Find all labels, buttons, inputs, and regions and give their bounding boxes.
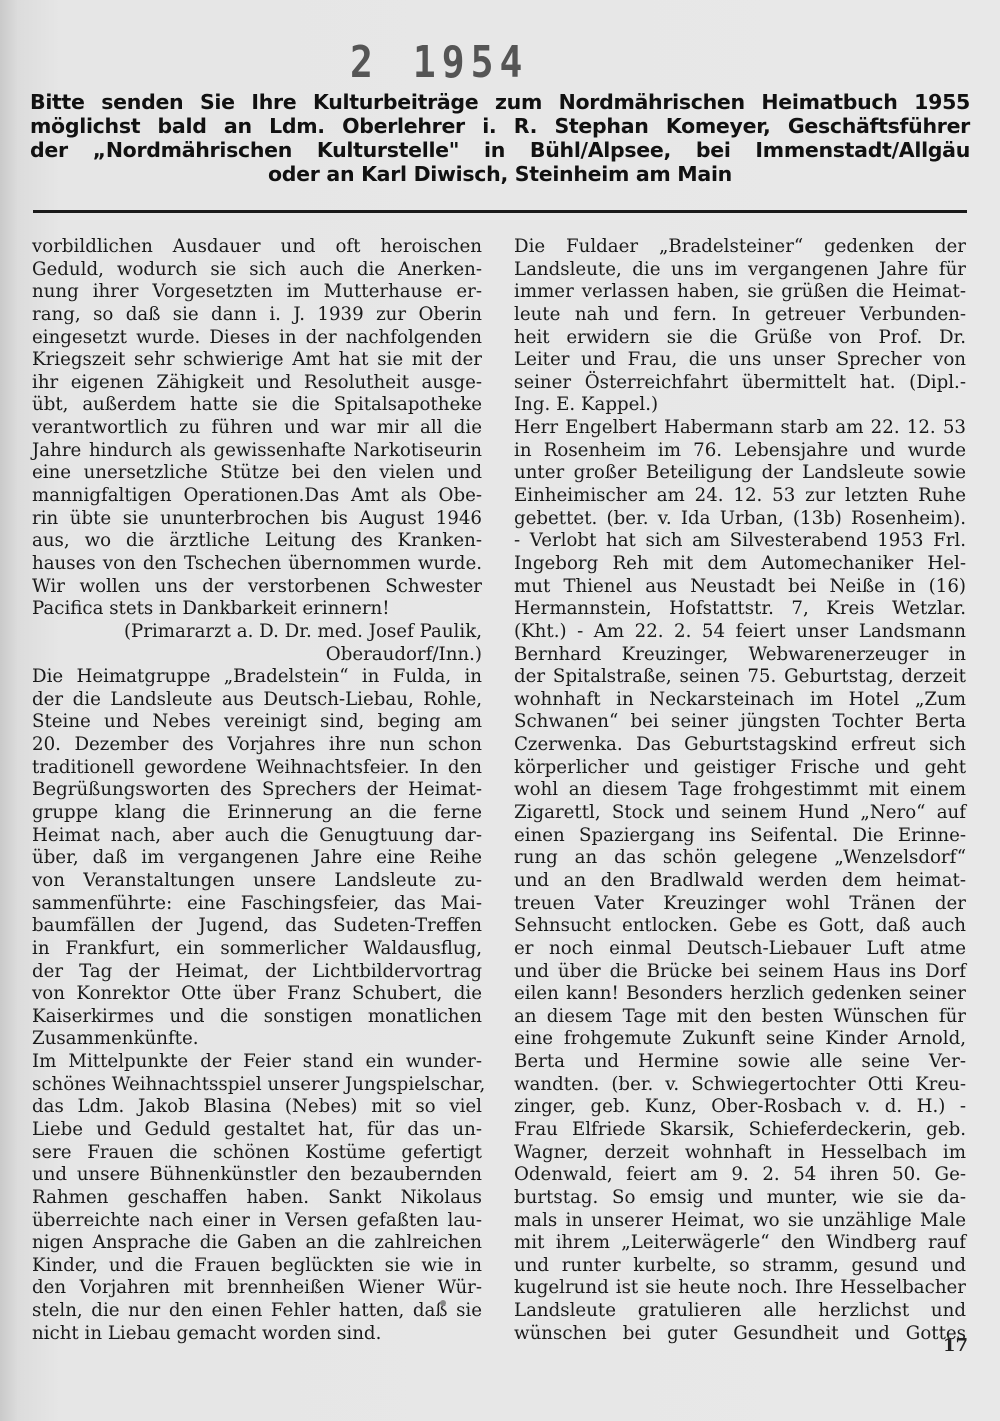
text-line: Ing. E. Kappel.) [514,394,966,417]
text-line: Ingeborg Reh mit dem Automechaniker Hel- [514,553,966,576]
left-column: vorbildlichen Ausdauer und oft heroische… [32,236,482,1345]
text-line: von Konrektor Otte über Franz Schubert, … [32,983,482,1006]
text-line: eingesetzt wurde. Dieses in der nachfolg… [32,327,482,350]
text-line: eine frohgemute Zukunft seine Kinder Arn… [514,1028,966,1051]
text-line: Kaiserkirmes und die sonstigen monatlich… [32,1006,482,1029]
text-line: Oberaudorf/Inn.) [32,644,482,667]
issue-number: 2 [350,37,379,88]
text-line: Wir wollen uns der verstorbenen Schweste… [32,576,482,599]
text-line: Kinder, und die Frauen beglückten sie wi… [32,1255,482,1278]
text-line: Leiter und Frau, die uns unser Sprecher … [514,349,966,372]
text-line: zinger, geb. Kunz, Ober-Rosbach v. d. H.… [514,1096,966,1119]
text-line: Begrüßungsworten des Sprechers der Heima… [32,779,482,802]
text-line: und unsere Bühnenkünstler den bezaubernd… [32,1164,482,1187]
text-line: rung an das schön gelegene „Wenzelsdorf“ [514,847,966,870]
text-line: aus, wo die ärztliche Leitung des Kranke… [32,530,482,553]
text-line: in Frankfurt, ein sommerlicher Waldausfl… [32,938,482,961]
text-line: in Rosenheim im 76. Lebensjahre und wurd… [514,440,966,463]
text-line: Die Heimatgruppe „Bradelstein“ in Fulda,… [32,666,482,689]
text-line: Geduld, wodurch sie sich auch die Anerke… [32,259,482,282]
text-line: das Ldm. Jakob Blasina (Nebes) mit so vi… [32,1096,482,1119]
text-line: sere Frauen die schönen Kostüme gefertig… [32,1142,482,1165]
text-line: leute nah und fern. In getreuer Verbunde… [514,304,966,327]
text-line: 20. Dezember des Vorjahres ihre nun scho… [32,734,482,757]
text-line: rang, so daß sie dann i. J. 1939 zur Obe… [32,304,482,327]
right-column: Die Fuldaer „Bradelsteiner“ gedenken der… [514,236,966,1345]
text-line: und über die Brücke bei seinem Haus ins … [514,961,966,984]
text-line: der Spitalstraße, seinen 75. Geburtstag,… [514,666,966,689]
issue-stamp: 21954 [350,37,528,88]
text-line: unter großer Beteiligung der Landsleute … [514,462,966,485]
text-line: Steine und Nebes vereinigt sind, beging … [32,711,482,734]
print-speck [440,1300,446,1306]
text-line: verantwortlich zu führen und war mir all… [32,417,482,440]
text-line: vorbildlichen Ausdauer und oft heroische… [32,236,482,259]
notice-line: oder an Karl Diwisch, Steinheim am Main [30,162,970,186]
text-line: einen Spaziergang ins Seifental. Die Eri… [514,825,966,848]
text-line: Wagner, derzeit wohnhaft in Hesselbach i… [514,1142,966,1165]
text-line: Czerwenka. Das Geburtstagskind erfreut s… [514,734,966,757]
text-line: Herr Engelbert Habermann starb am 22. 12… [514,417,966,440]
text-line: eilen kann! Besonders herzlich gedenken … [514,983,966,1006]
text-line: traditionell gewordene Weihnachtsfeier. … [32,757,482,780]
text-line: Berta und Hermine sowie alle seine Ver- [514,1051,966,1074]
text-line: über, daß im vergangenen Jahre eine Reih… [32,847,482,870]
text-line: Zigarettl, Stock und seinem Hund „Nero“ … [514,802,966,825]
text-line: Schwanen“ bei seiner jüngsten Tochter Be… [514,711,966,734]
text-line: mit ihrem „Leiterwägerle“ den Windberg r… [514,1232,966,1255]
text-line: Hermannstein, Hofstattstr. 7, Kreis Wetz… [514,598,966,621]
text-line: - Verlobt hat sich am Silvesterabend 195… [514,530,966,553]
header-divider [33,210,967,213]
text-line: ihr eigenen Zähigkeit und Resolutheit au… [32,372,482,395]
text-line: hauses von den Tschechen übernommen wurd… [32,553,482,576]
text-line: nicht in Liebau gemacht worden sind. [32,1323,482,1346]
text-line: Zusammenkünfte. [32,1028,482,1051]
text-line: der die Landsleute aus Deutsch-Liebau, R… [32,689,482,712]
text-line: wohnhaft in Neckarsteinach im Hotel „Zum [514,689,966,712]
text-line: schönes Weihnachtsspiel unserer Jungspie… [32,1074,482,1097]
text-line: übt, außerdem hatte sie die Spitalsapoth… [32,394,482,417]
text-line: er noch einmal Deutsch-Liebauer Luft atm… [514,938,966,961]
text-line: immer verlassen haben, sie grüßen die He… [514,281,966,304]
notice-line: Bitte senden Sie Ihre Kulturbeiträge zum… [30,90,970,114]
text-line: Pacifica stets in Dankbarkeit erinnern! [32,598,482,621]
notice-line: möglichst bald an Ldm. Oberlehrer i. R. … [30,114,970,138]
notice-line: der „Nordmährischen Kulturstelle" in Büh… [30,138,970,162]
text-line: von Veranstaltungen unsere Landsleute zu… [32,870,482,893]
text-line: rin übte sie ununterbrochen bis August 1… [32,508,482,531]
text-line: der Tag der Heimat, der Lichtbildervortr… [32,961,482,984]
text-line: Sehnsucht entlocken. Gebe es Gott, daß a… [514,915,966,938]
text-line: gebettet. (ber. v. Ida Urban, (13b) Rose… [514,508,966,531]
text-line: nigen Ansprache die Gaben an die zahlrei… [32,1232,482,1255]
text-line: burtstag. So emsig und munter, wie sie d… [514,1187,966,1210]
text-line: sammenführte: eine Faschingsfeier, das M… [32,893,482,916]
text-line: mannigfaltigen Operationen.Das Amt als O… [32,485,482,508]
text-line: an diesem Tage mit den besten Wünschen f… [514,1006,966,1029]
text-line: seiner Österreichfahrt übermittelt hat. … [514,372,966,395]
header-notice: Bitte senden Sie Ihre Kulturbeiträge zum… [30,90,970,186]
page-number: 17 [943,1335,968,1356]
text-line: Frau Elfriede Skarsik, Schieferdeckerin,… [514,1119,966,1142]
text-line: Rahmen geschaffen haben. Sankt Nikolaus [32,1187,482,1210]
text-line: wandten. (ber. v. Schwiegertochter Otti … [514,1074,966,1097]
text-line: und an den Bradlwald werden dem heimat- [514,870,966,893]
text-line: Die Fuldaer „Bradelsteiner“ gedenken der [514,236,966,259]
issue-year: 1954 [413,37,529,88]
text-line: mals in unserer Heimat, wo sie unzählige… [514,1210,966,1233]
text-line: heit erwidern sie die Grüße von Prof. Dr… [514,327,966,350]
text-line: kugelrund ist sie heute noch. Ihre Hesse… [514,1277,966,1300]
text-line: baumfällen der Jugend, das Sudeten-Treff… [32,915,482,938]
text-line: nung ihrer Vorgesetzten im Mutterhause e… [32,281,482,304]
text-line: den Vorjahren mit brennheißen Wiener Wür… [32,1277,482,1300]
text-line: steln, die nur den einen Fehler hatten, … [32,1300,482,1323]
text-line: Odenwald, feiert am 9. 2. 54 ihren 50. G… [514,1164,966,1187]
text-line: Landsleute gratulieren alle herzlichst u… [514,1300,966,1323]
text-line: gruppe klang die Erinnerung an die ferne [32,802,482,825]
text-line: (Kht.) - Am 22. 2. 54 feiert unser Lands… [514,621,966,644]
text-line: Bernhard Kreuzinger, Webwarenerzeuger in [514,644,966,667]
text-line: und runter kurbelte, so stramm, gesund u… [514,1255,966,1278]
text-line: treuen Vater Kreuzinger wohl Tränen der [514,893,966,916]
text-line: mut Thienel aus Neustadt bei Neiße in (1… [514,576,966,599]
text-line: eine unersetzliche Stütze bei den vielen… [32,462,482,485]
text-line: (Primararzt a. D. Dr. med. Josef Paulik, [32,621,482,644]
text-line: Einheimischer am 24. 12. 53 zur letzten … [514,485,966,508]
text-line: wohl an diesem Tage frohgestimmt mit ein… [514,779,966,802]
text-line: Liebe und Geduld gestaltet hat, für das … [32,1119,482,1142]
text-line: Heimat nach, aber auch die Genugtuung da… [32,825,482,848]
text-line: Kriegszeit sehr schwierige Amt hat sie m… [32,349,482,372]
text-line: wünschen bei guter Gesundheit und Gottes [514,1323,966,1346]
text-line: überreichte nach einer in Versen gefaßte… [32,1210,482,1233]
text-line: Landsleute, die uns im vergangenen Jahre… [514,259,966,282]
text-line: Im Mittelpunkte der Feier stand ein wund… [32,1051,482,1074]
text-line: Jahre hindurch als gewissenhafte Narkoti… [32,440,482,463]
text-line: körperlicher und geistiger Frische und g… [514,757,966,780]
